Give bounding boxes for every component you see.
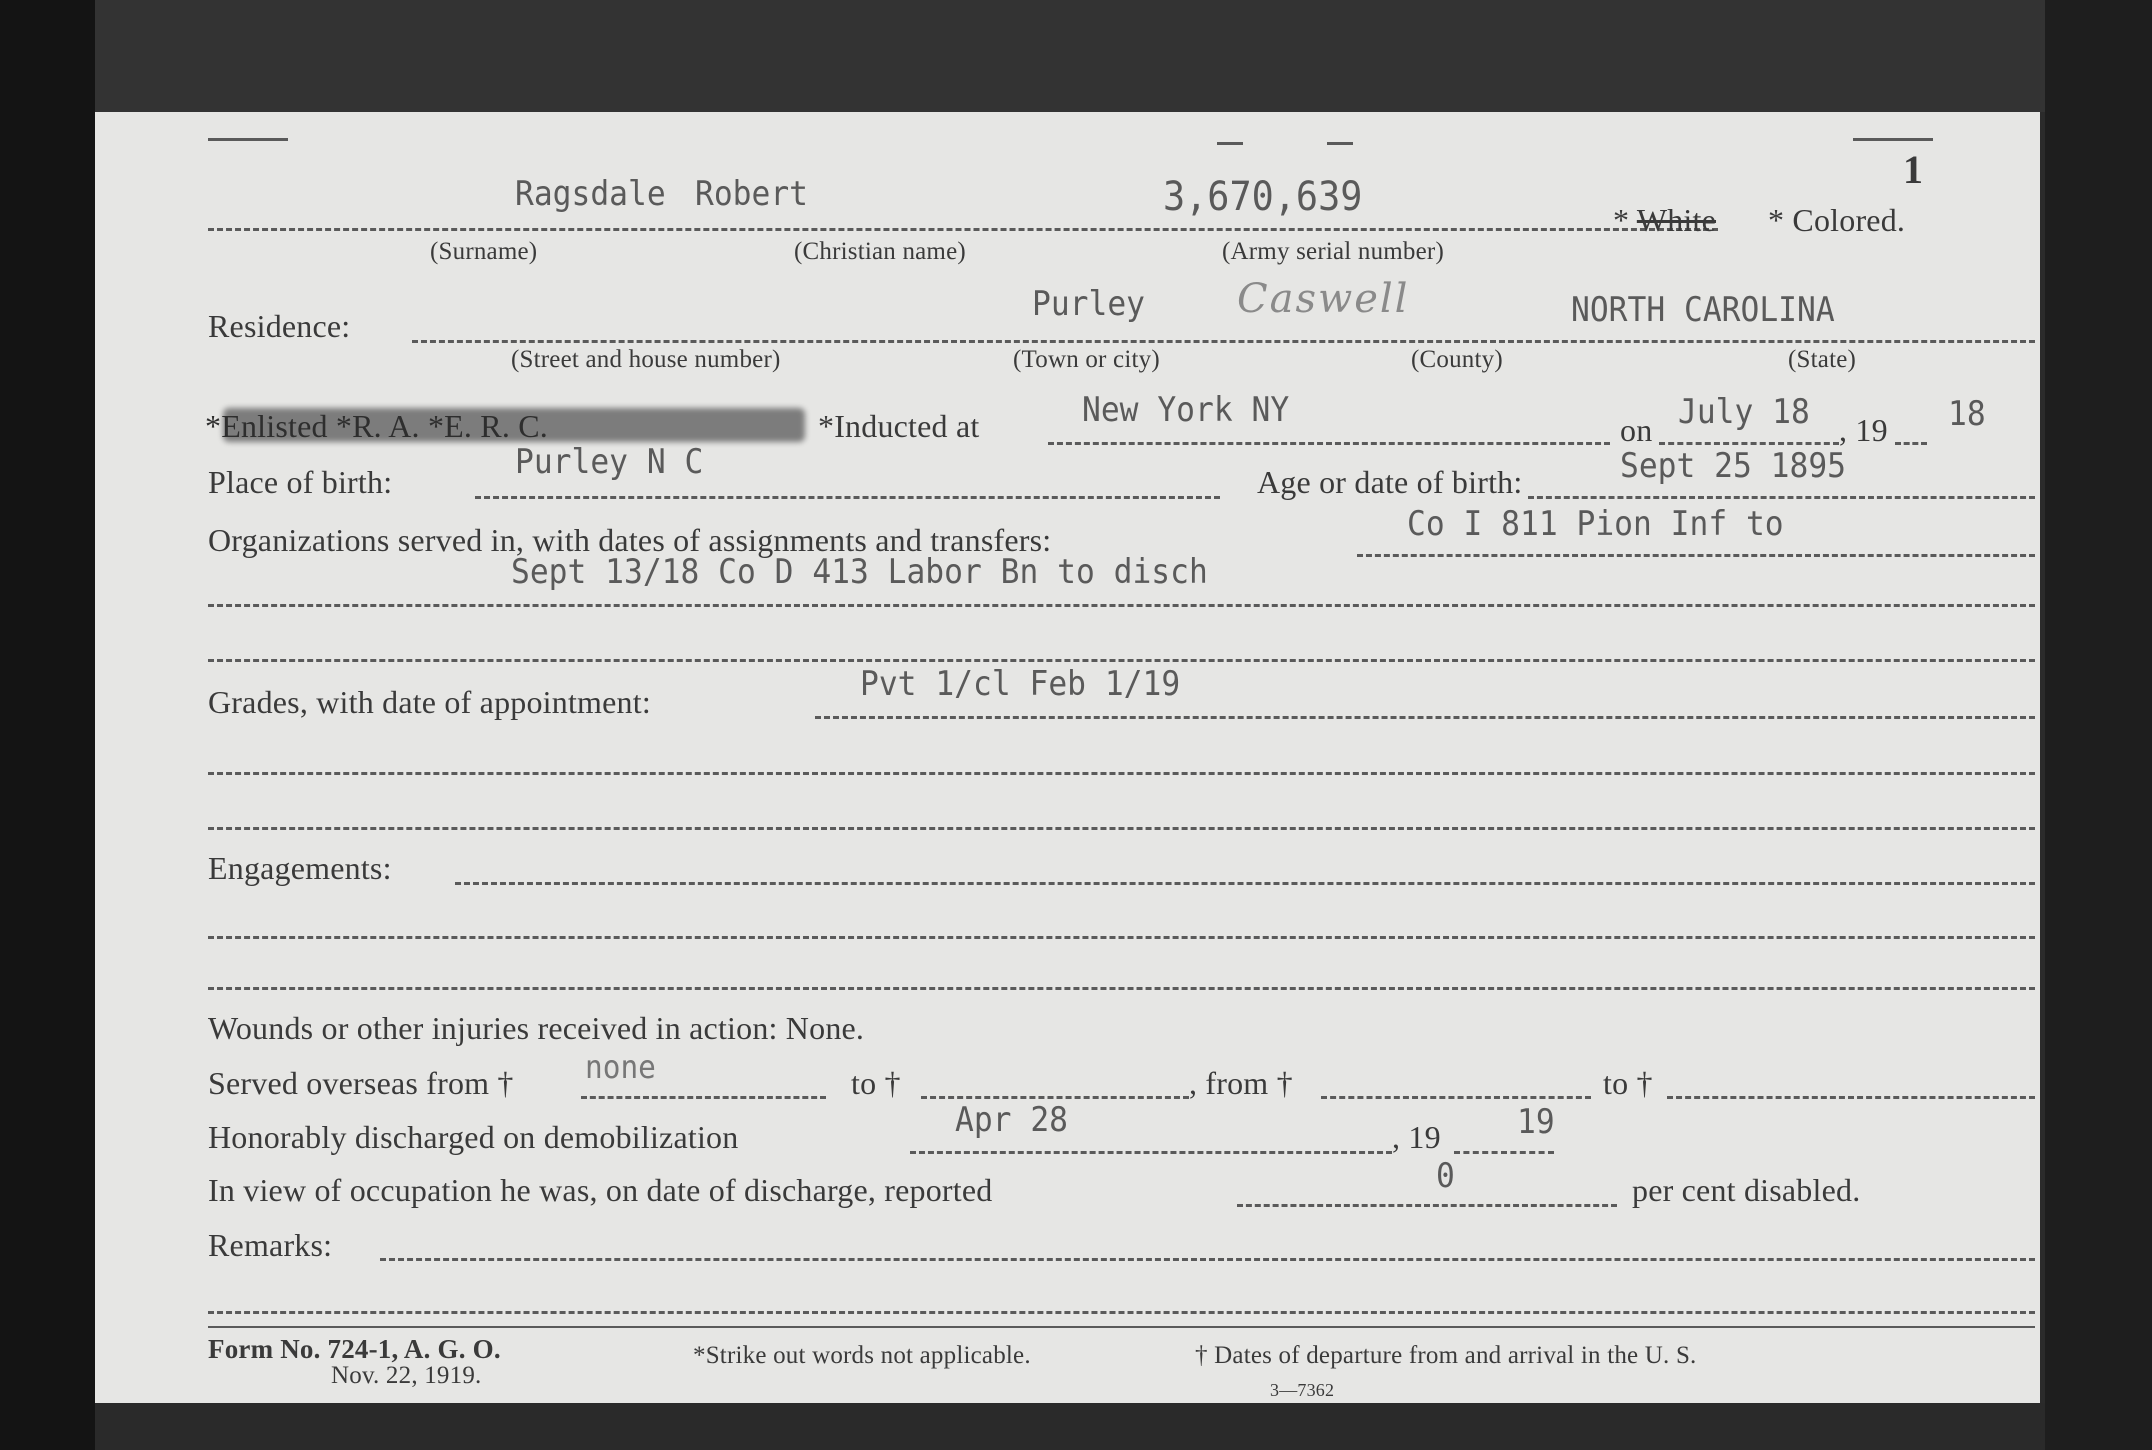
discharge-year-prefix: , 19 xyxy=(1392,1119,1441,1156)
top-tick-2 xyxy=(1327,142,1353,145)
inducted-year-prefix: , 19 xyxy=(1839,412,1888,449)
overseas-to-1-line xyxy=(921,1096,1189,1099)
strike-out-note: *Strike out words not applicable. xyxy=(693,1342,1031,1370)
residence-town-value: Purley xyxy=(1032,284,1145,324)
scan-background-right xyxy=(2045,0,2152,1450)
service-record-card: 1 Ragsdale Robert 3,670,639 * White * Co… xyxy=(95,112,2040,1403)
grades-line-2 xyxy=(208,772,2035,775)
inducted-date-line xyxy=(1659,442,1839,445)
overseas-to-1-label: to † xyxy=(851,1065,901,1102)
form-date: Nov. 22, 1919. xyxy=(331,1362,481,1390)
race-white-option: * White xyxy=(1613,202,1716,239)
disability-percent-value: 0 xyxy=(1436,1156,1455,1196)
footer-rule xyxy=(208,1326,2035,1328)
name-line xyxy=(208,228,1718,231)
inducted-at-line xyxy=(1048,442,1610,445)
residence-county-value: Caswell xyxy=(1237,276,1409,322)
overseas-to-2-label: to † xyxy=(1603,1065,1653,1102)
date-of-birth-label: Age or date of birth: xyxy=(1159,464,1522,501)
dagger-note: † Dates of departure from and arrival in… xyxy=(1195,1342,1697,1370)
discharge-date-line xyxy=(910,1151,1392,1154)
race-white-struck: White xyxy=(1637,202,1716,238)
race-colored-label: Colored. xyxy=(1792,202,1905,238)
label-street: (Street and house number) xyxy=(511,346,781,374)
engagements-line-3 xyxy=(208,987,2035,990)
asterisk: * xyxy=(1613,202,1629,238)
discharge-year-value: 19 xyxy=(1517,1102,1555,1142)
grades-value: Pvt 1/cl Feb 1/19 xyxy=(860,664,1180,704)
organizations-line-1 xyxy=(1357,554,2035,557)
label-serial-number: (Army serial number) xyxy=(1222,238,1444,266)
overseas-from-1-value: none xyxy=(585,1048,656,1086)
scan-background-bottom xyxy=(95,1403,2045,1450)
overseas-from-2-line xyxy=(1321,1096,1591,1099)
discharge-label: Honorably discharged on demobilization xyxy=(208,1119,738,1156)
discharge-date-value: Apr 28 xyxy=(955,1100,1068,1140)
enlisted-options-struck: *Enlisted *R. A. *E. R. C. xyxy=(205,408,548,445)
corner-mark-right xyxy=(1853,138,1933,141)
page-number: 1 xyxy=(1903,146,1923,193)
grades-line-1 xyxy=(815,716,2035,719)
surname-value: Ragsdale xyxy=(515,174,666,214)
asterisk: * xyxy=(1768,202,1784,238)
disability-percent-line xyxy=(1237,1204,1617,1207)
place-of-birth-label: Place of birth: xyxy=(208,464,392,501)
form-number: Form No. 724-1, A. G. O. xyxy=(208,1334,501,1365)
grades-label: Grades, with date of appointment: xyxy=(208,684,651,721)
grades-line-3 xyxy=(208,827,2035,830)
place-of-birth-line xyxy=(475,496,1220,499)
race-colored-option: * Colored. xyxy=(1768,202,1905,239)
scan-background-top xyxy=(95,0,2045,112)
overseas-to-2-line xyxy=(1667,1096,2035,1099)
inducted-year-value: 18 xyxy=(1948,394,1986,434)
residence-label: Residence: xyxy=(208,308,350,345)
inducted-date-value: July 18 xyxy=(1678,392,1810,432)
label-state: (State) xyxy=(1788,346,1856,374)
christian-name-value: Robert xyxy=(695,174,808,214)
wounds-label: Wounds or other injuries received in act… xyxy=(208,1010,864,1047)
organizations-value-1: Co I 811 Pion Inf to xyxy=(1407,504,1784,544)
remarks-line-1 xyxy=(380,1258,2035,1261)
inducted-year-line xyxy=(1895,442,1927,445)
disability-label: In view of occupation he was, on date of… xyxy=(208,1172,992,1209)
place-of-birth-value: Purley N C xyxy=(515,442,703,482)
engagements-line-1 xyxy=(455,882,2035,885)
label-christian-name: (Christian name) xyxy=(794,238,966,266)
inducted-on-label: on xyxy=(1620,412,1652,449)
inducted-at-label: *Inducted at xyxy=(818,408,979,445)
overseas-from-1-line xyxy=(581,1096,826,1099)
remarks-label: Remarks: xyxy=(208,1227,332,1264)
engagements-line-2 xyxy=(208,936,2035,939)
organizations-line-3 xyxy=(208,659,2035,662)
inducted-at-value: New York NY xyxy=(1082,390,1289,430)
label-town: (Town or city) xyxy=(1013,346,1160,374)
label-county: (County) xyxy=(1411,346,1503,374)
organizations-line-2 xyxy=(208,604,2035,607)
residence-state-value: NORTH CAROLINA xyxy=(1571,290,1835,330)
print-code: 3—7362 xyxy=(1270,1380,1334,1401)
date-of-birth-value: Sept 25 1895 xyxy=(1620,446,1846,486)
disability-suffix: per cent disabled. xyxy=(1632,1172,1860,1209)
residence-line xyxy=(412,340,2035,343)
engagements-label: Engagements: xyxy=(208,850,392,887)
organizations-value-2: Sept 13/18 Co D 413 Labor Bn to disch xyxy=(511,552,1208,592)
top-tick-1 xyxy=(1217,142,1243,145)
date-of-birth-line xyxy=(1528,496,2035,499)
label-surname: (Surname) xyxy=(430,238,537,266)
date-of-birth-label-text: Age or date of birth: xyxy=(1257,464,1522,500)
remarks-line-2 xyxy=(208,1311,2035,1314)
discharge-year-line xyxy=(1454,1151,1554,1154)
served-overseas-label: Served overseas from † xyxy=(208,1065,514,1102)
overseas-from-2-label: , from † xyxy=(1189,1065,1293,1102)
corner-mark-left xyxy=(208,138,288,141)
serial-number-value: 3,670,639 xyxy=(1163,174,1362,220)
scan-background-left xyxy=(0,0,95,1450)
